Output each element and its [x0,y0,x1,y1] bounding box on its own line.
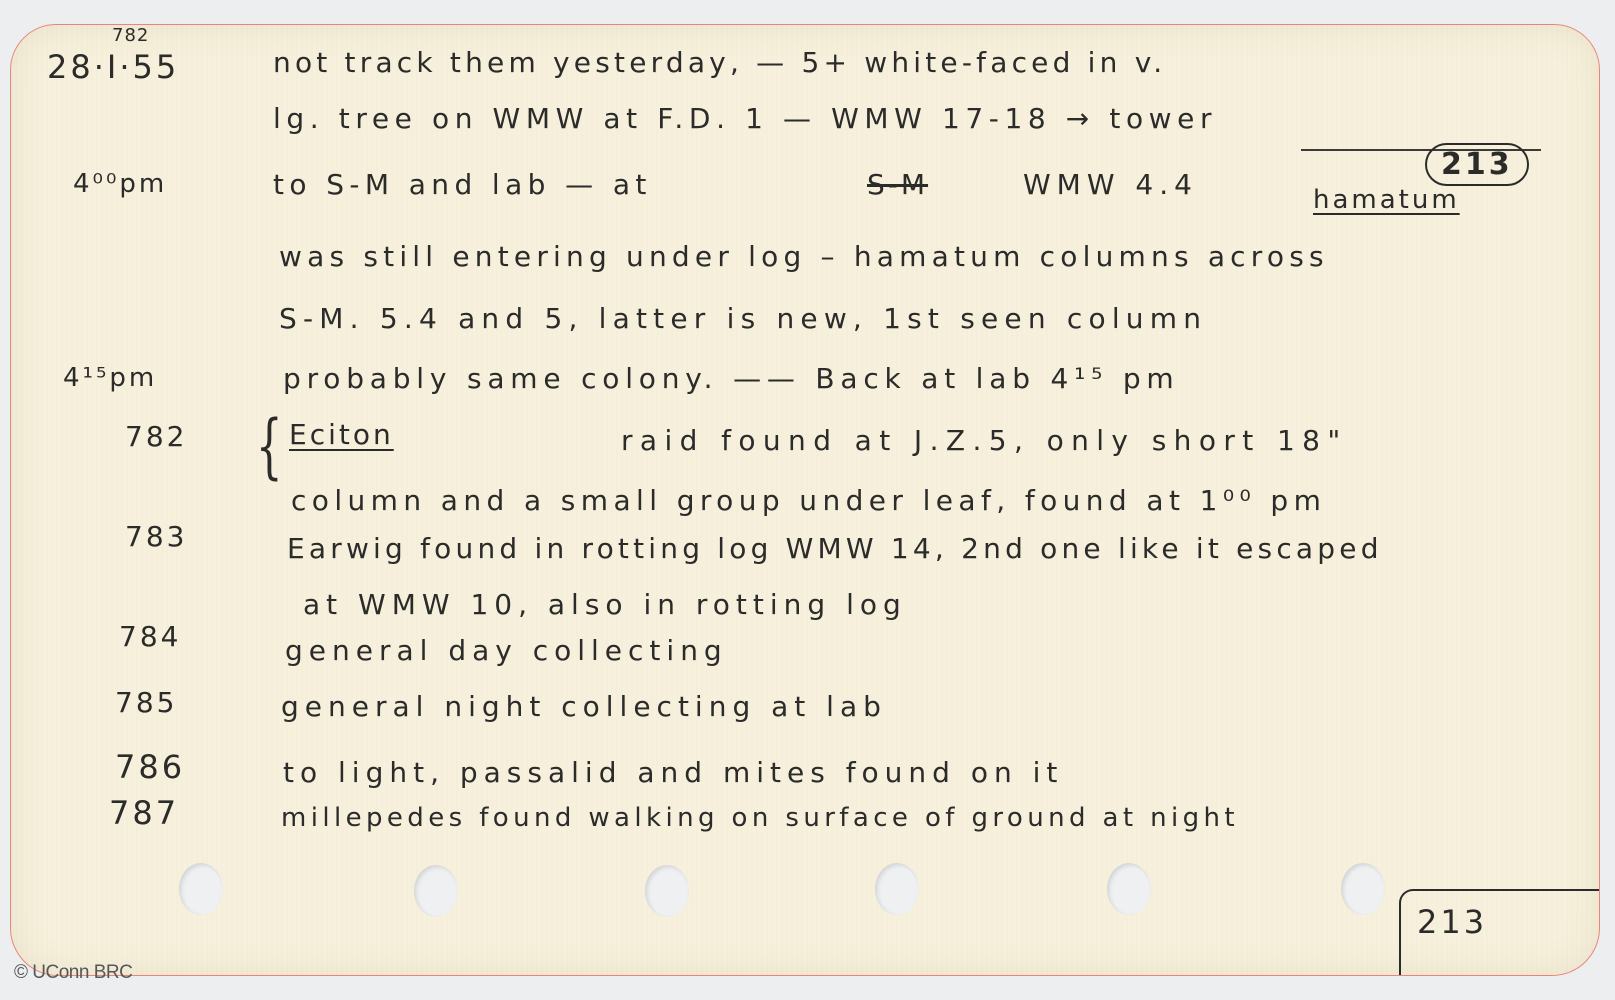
punch-hole [414,865,458,917]
genus-eciton: Eciton [289,421,394,449]
notebook-card: 782 28·I·55 not track them yesterday, — … [10,24,1600,976]
entry-787-line: millepedes found walking on surface of g… [281,805,1239,831]
page-number-bottom: 213 [1399,889,1600,976]
entry-number-787: 787 [109,797,179,829]
scanned-card-image: 782 28·I·55 not track them yesterday, — … [0,0,1615,1000]
entry-783-line-1: Earwig found in rotting log WMW 14, 2nd … [287,535,1383,563]
entry-782-line-2: column and a small group under leaf, fou… [291,487,1326,515]
entry-number-786: 786 [115,751,185,783]
entry-782-line-1: raid found at J.Z.5, only short 18" [621,427,1348,455]
note-line-5: S-M. 5.4 and 5, latter is new, 1st seen … [279,305,1207,333]
superscript-number: 782 [112,27,149,45]
page-number-circled: 213 [1425,143,1529,186]
entry-number-783: 783 [125,523,187,551]
entry-date: 28·I·55 [47,51,179,83]
note-line-1: not track them yesterday, — 5+ white-fac… [273,49,1166,77]
punch-hole [1107,863,1151,915]
entry-784-line: general day collecting [285,637,728,665]
punch-hole [875,863,919,915]
entry-number-782: 782 [125,423,187,451]
time-margin-400: 4⁰⁰pm [73,171,167,197]
entry-786-line: to light, passalid and mites found on it [283,759,1063,787]
note-line-6: probably same colony. —— Back at lab 4¹⁵… [283,365,1180,393]
punch-hole [645,865,689,917]
entry-number-785: 785 [115,689,177,717]
punch-hole [1341,863,1385,915]
copyright-watermark: © UConn BRC [14,962,132,984]
brace: { [256,411,283,481]
note-line-3b: WMW 4.4 [1023,171,1198,199]
punch-hole [179,863,223,915]
time-margin-415: 4¹⁵pm [63,365,157,391]
note-line-3a: to S-M and lab — at [273,171,652,199]
entry-number-784: 784 [119,623,181,651]
entry-785-line: general night collecting at lab [281,693,887,721]
note-line-4: was still entering under log – hamatum c… [279,243,1329,271]
entry-783-line-2: at WMW 10, also in rotting log [303,591,907,619]
species-hamatum: hamatum [1313,187,1460,213]
note-line-2: lg. tree on WMW at F.D. 1 — WMW 17-18 → … [273,105,1217,133]
struck-text: S-M [867,171,928,199]
